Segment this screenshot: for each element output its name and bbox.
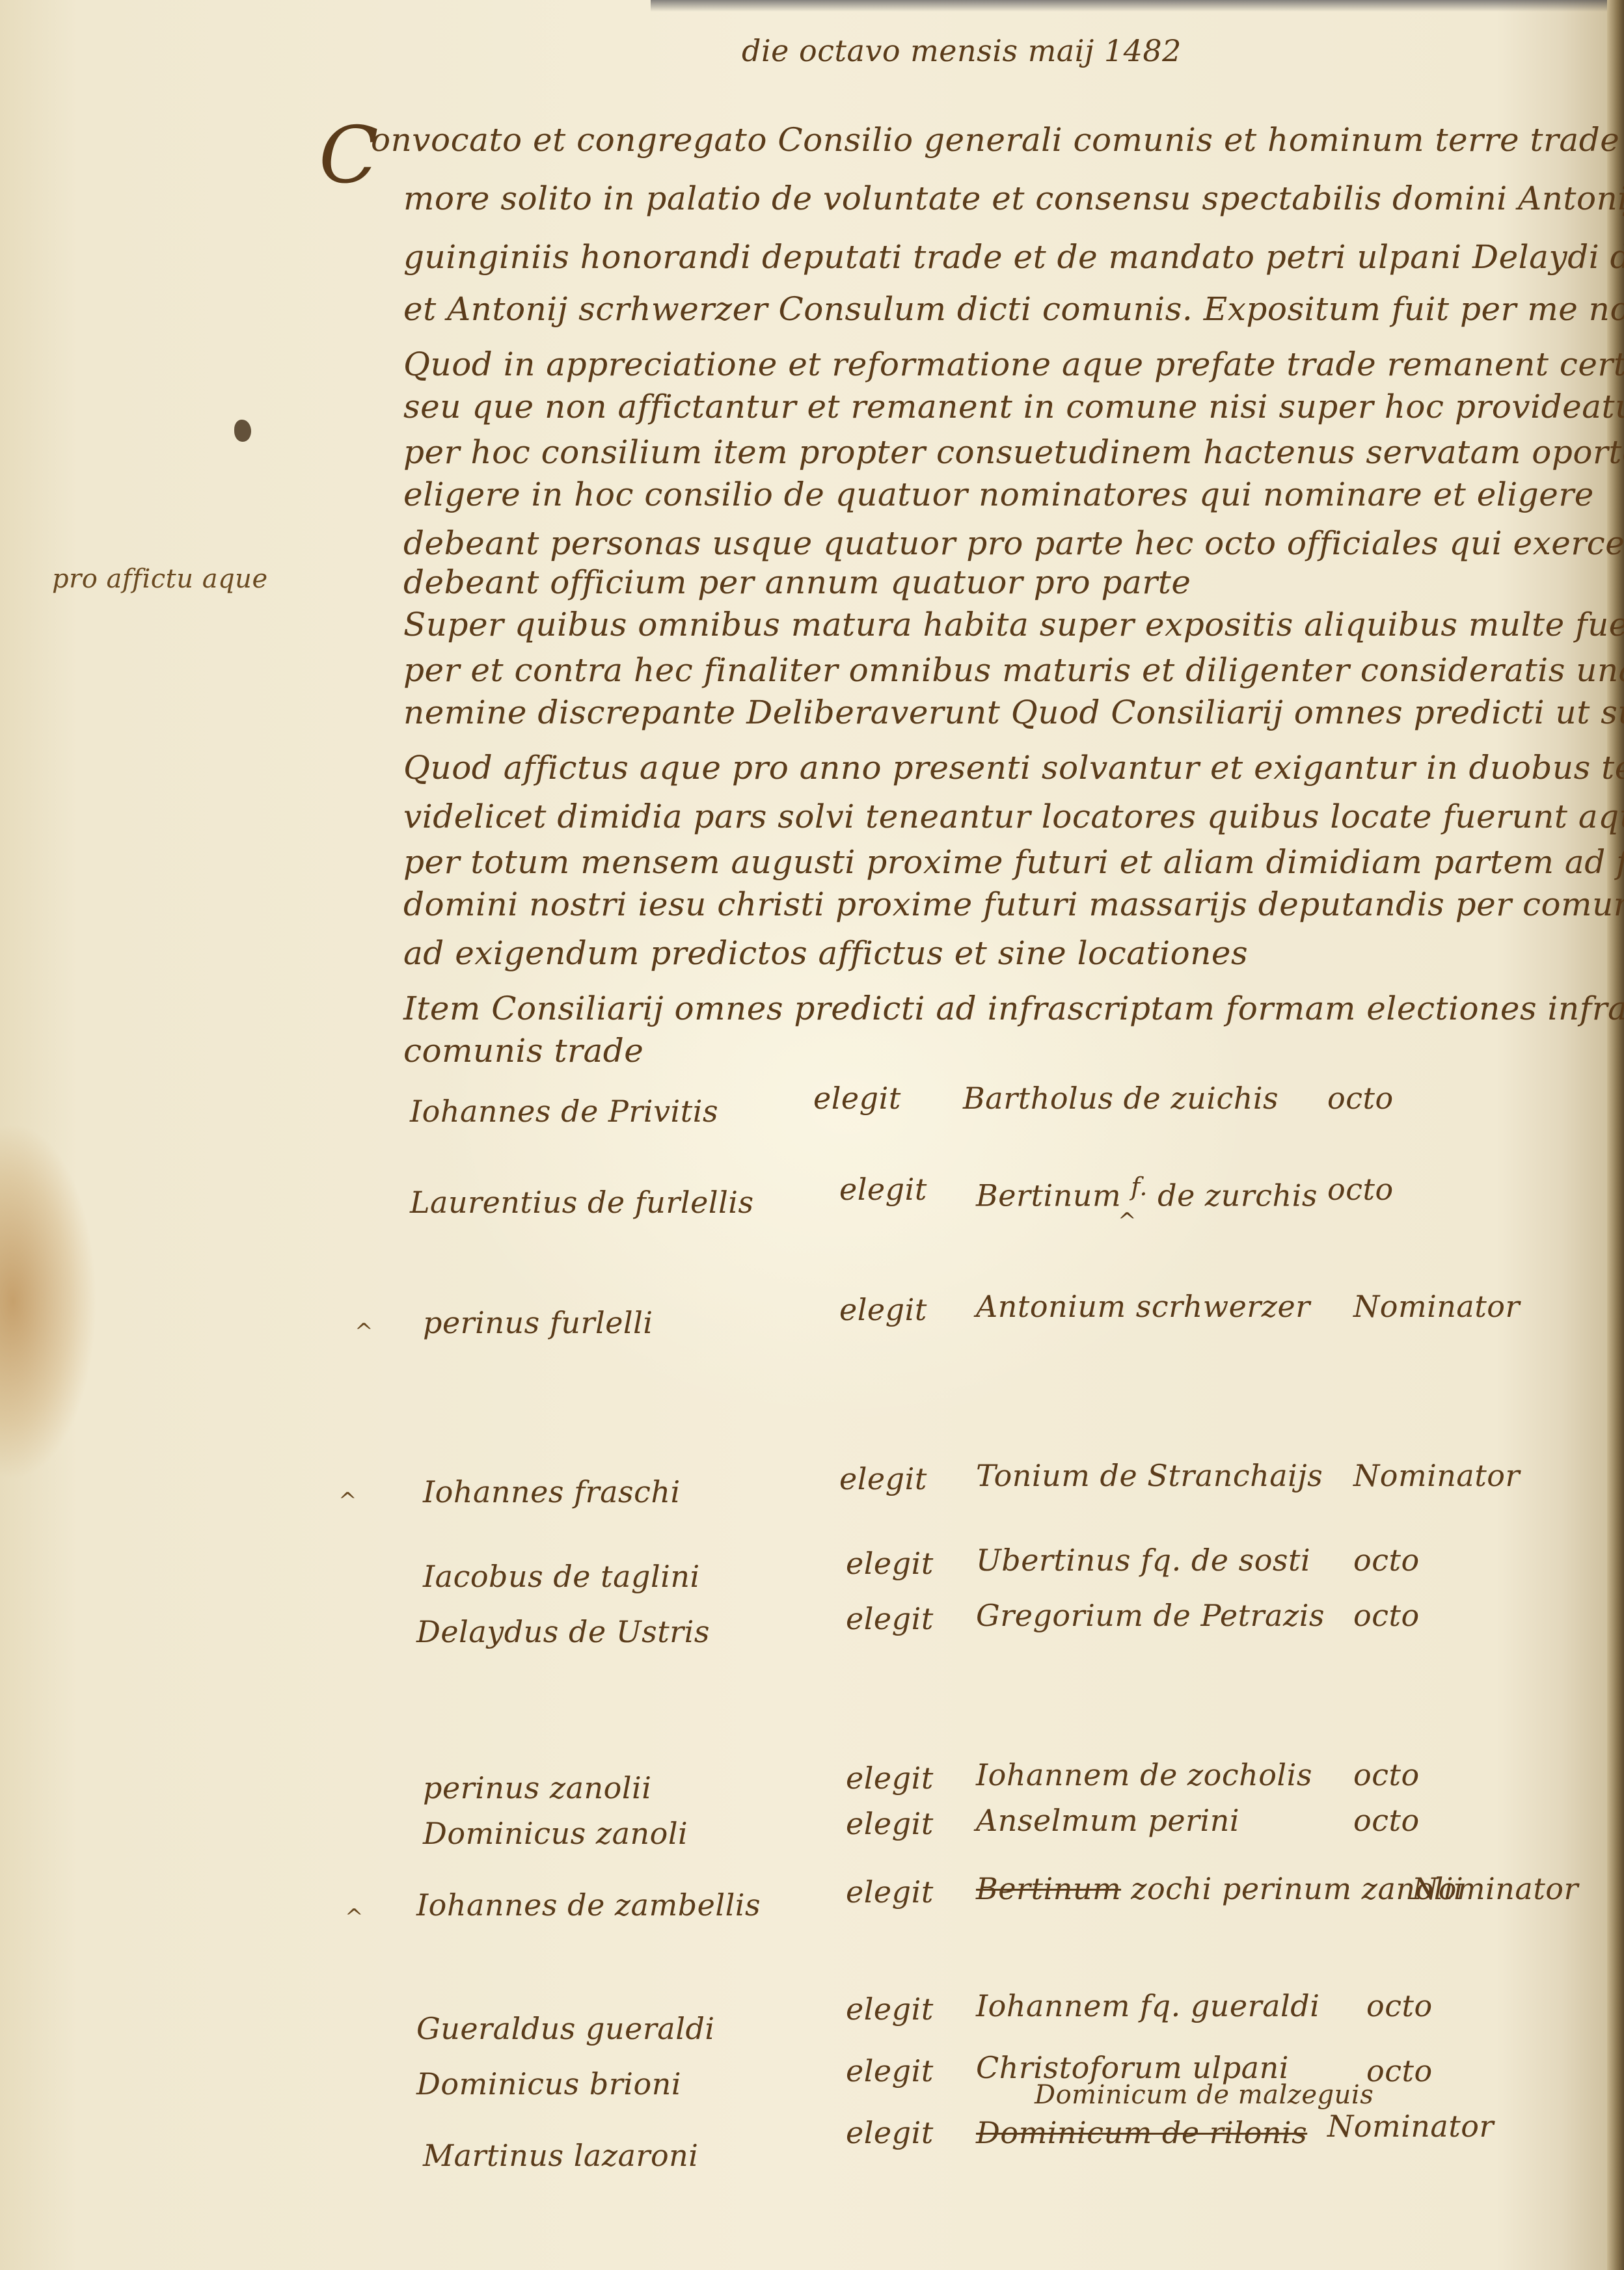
elector-name: Dominicus zanoli <box>423 1818 688 1848</box>
margin-mark: ^ <box>355 1321 373 1343</box>
body-line: Item Consiliarij omnes predicti ad infra… <box>403 992 1624 1025</box>
body-line: et Antonij scrhwerzer Consulum dicti com… <box>403 293 1624 325</box>
body-line: Quod affictus aque pro anno presenti sol… <box>403 751 1624 784</box>
elector-name: Dominicus brioni <box>416 2069 681 2099</box>
elected-name: Iohannem fq. gueraldi <box>976 1991 1319 2021</box>
elected-name: Anselmum perini <box>976 1805 1239 1835</box>
insertion-text: f. <box>1131 1172 1148 1201</box>
scan-top-shadow <box>651 0 1624 12</box>
elected-name: Bertinum zochi perinum zanolii <box>976 1874 1463 1904</box>
role-label: Nominator <box>1353 1291 1520 1321</box>
body-line: nemine discrepante Deliberaverunt Quod C… <box>403 696 1624 729</box>
elegit-verb: elegit <box>846 1809 934 1839</box>
elector-name: Laurentius de furlellis <box>410 1187 754 1217</box>
role-label: octo <box>1327 1083 1394 1113</box>
body-line: ad exigendum predictos affictus et sine … <box>403 937 1248 969</box>
elected-name: Antonium scrhwerzer <box>976 1291 1310 1321</box>
role-label: octo <box>1353 1760 1420 1790</box>
elegit-verb: elegit <box>846 1604 934 1634</box>
elector-name: Iacobus de taglini <box>423 1561 700 1591</box>
struck-name: Bertinum <box>976 1871 1121 1906</box>
body-line: debeant officium per annum quatuor pro p… <box>403 566 1191 599</box>
elected-first-name: Bertinum <box>976 1178 1121 1213</box>
elected-name: Tonium de Stranchaijs <box>976 1461 1323 1491</box>
body-line: per hoc consilium item propter consuetud… <box>403 436 1624 468</box>
role-label: octo <box>1327 1174 1394 1204</box>
interlinear-correction: Dominicum de malzeguis <box>1035 2082 1374 2108</box>
body-line: domini nostri iesu christi proxime futur… <box>403 888 1624 921</box>
body-line: seu que non affictantur et remanent in c… <box>403 390 1624 423</box>
role-label: Nominator <box>1327 2111 1494 2141</box>
elegit-verb: elegit <box>846 1877 934 1907</box>
role-label: octo <box>1366 1991 1433 2021</box>
role-label: Nominator <box>1412 1874 1578 1904</box>
elected-surname: de zurchis <box>1157 1178 1318 1213</box>
body-line: videlicet dimidia pars solvi teneantur l… <box>403 800 1624 833</box>
elector-name: Iohannes de Privitis <box>410 1096 718 1126</box>
body-line: per et contra hec finaliter omnibus matu… <box>403 654 1624 686</box>
page-edge <box>1607 0 1624 2270</box>
elector-name: Iohannes de zambellis <box>416 1890 761 1920</box>
manuscript-page: die octavo mensis maij 1482 C pro affict… <box>0 0 1624 2270</box>
elected-name: Iohannem de zocholis <box>976 1760 1312 1790</box>
margin-note: pro affictu aque <box>52 566 268 592</box>
struck-name: Dominicum de rilonis <box>976 2118 1307 2148</box>
elegit-verb: elegit <box>846 1548 934 1578</box>
body-line: eligere in hoc consilio de quatuor nomin… <box>403 478 1594 511</box>
elected-name: Gregorium de Petrazis <box>976 1601 1325 1630</box>
elector-name: Iohannes fraschi <box>423 1477 681 1507</box>
elected-name: Ubertinus fq. de sosti <box>976 1545 1310 1575</box>
elegit-verb: elegit <box>839 1464 927 1494</box>
role-label: Nominator <box>1353 1461 1520 1491</box>
body-line: debeant personas usque quatuor pro parte… <box>403 527 1624 560</box>
body-line: guinginiis honorandi deputati trade et d… <box>403 241 1624 273</box>
margin-mark: ^ <box>345 1906 364 1928</box>
decorated-initial: C <box>319 111 379 201</box>
elected-name: Bertinum f. de zurchis <box>976 1174 1318 1210</box>
elegit-verb: elegit <box>846 2118 934 2148</box>
margin-mark: ^ <box>338 1490 357 1512</box>
body-line: onvocato et congregato Consilio generali… <box>371 124 1624 156</box>
elegit-verb: elegit <box>839 1295 927 1325</box>
elector-name: Martinus lazaroni <box>423 2141 699 2170</box>
body-line: Super quibus omnibus matura habita super… <box>403 608 1624 641</box>
body-line: per totum mensem augusti proxime futuri … <box>403 846 1624 878</box>
role-label: octo <box>1353 1545 1420 1575</box>
elegit-verb: elegit <box>846 2056 934 2086</box>
role-label: octo <box>1353 1601 1420 1630</box>
document-date-header: die octavo mensis maij 1482 <box>742 36 1182 66</box>
insertion-caret-icon: ^ <box>1118 1210 1137 1232</box>
elegit-verb: elegit <box>846 1763 934 1793</box>
role-label: octo <box>1353 1805 1420 1835</box>
elected-name: Christoforum ulpani <box>976 2053 1289 2083</box>
elected-name: Bartholus de zuichis <box>963 1083 1279 1113</box>
elector-name: perinus furlelli <box>423 1308 653 1338</box>
elector-name: Delaydus de Ustris <box>416 1617 710 1647</box>
body-line: more solito in palatio de voluntate et c… <box>403 182 1624 215</box>
elector-name: perinus zanolii <box>423 1773 651 1803</box>
body-line: comunis trade <box>403 1034 643 1067</box>
elegit-verb: elegit <box>839 1174 927 1204</box>
elegit-verb: elegit <box>846 1994 934 2024</box>
body-line: Quod in appreciatione et reformatione aq… <box>403 348 1624 381</box>
ink-blot <box>234 420 251 442</box>
elector-name: Gueraldus gueraldi <box>416 2014 715 2044</box>
elegit-verb: elegit <box>813 1083 901 1113</box>
role-label: octo <box>1366 2056 1433 2086</box>
